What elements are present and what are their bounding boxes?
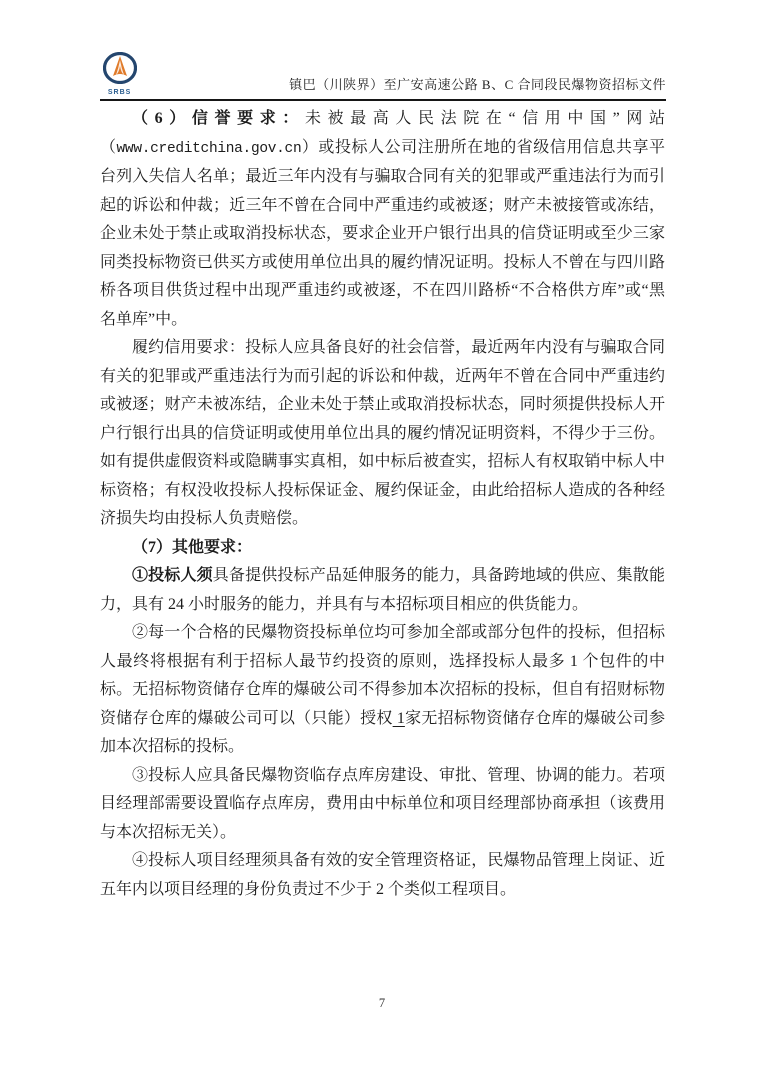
srbs-logo: SRBS: [100, 52, 139, 96]
header-divider: [100, 99, 666, 101]
paragraph-item-4: ④投标人项目经理须具备有效的安全管理资格证，民爆物品管理上岗证、近五年内以项目经…: [100, 847, 665, 904]
paragraph-item-3: ③投标人应具备民爆物资临存点库房建设、审批、管理、协调的能力。若项目经理部需要设…: [100, 762, 665, 848]
paragraph-item-2: ②每一个合格的民爆物资投标单位均可参加全部或部分包件的投标，但招标人最终将根据有…: [100, 619, 665, 762]
paragraph-performance-credit: 履约信用要求：投标人应具备良好的社会信誉，最近两年内没有与骗取合同有关的犯罪或严…: [100, 334, 665, 534]
paragraph-item-1: ①投标人须具备提供投标产品延伸服务的能力，具备跨地域的供应、集散能力，具有 24…: [100, 562, 665, 619]
page-header: SRBS 镇巴（川陕界）至广安高速公路 B、C 合同段民爆物资招标文件: [100, 52, 666, 101]
paragraph-other-requirements-heading: （7）其他要求：: [100, 534, 665, 563]
srbs-logo-icon: [103, 52, 137, 88]
document-page: SRBS 镇巴（川陕界）至广安高速公路 B、C 合同段民爆物资招标文件 （6）信…: [0, 0, 764, 1080]
paragraph-credit-requirements: （6）信誉要求：未被最高人民法院在“信用中国”网站（www.creditchin…: [100, 105, 665, 334]
page-number: 7: [379, 996, 385, 1010]
page-footer: 7: [0, 996, 764, 1011]
document-body: （6）信誉要求：未被最高人民法院在“信用中国”网站（www.creditchin…: [100, 105, 665, 904]
srbs-logo-label: SRBS: [108, 89, 131, 96]
document-header-title: 镇巴（川陕界）至广安高速公路 B、C 合同段民爆物资招标文件: [139, 74, 666, 96]
